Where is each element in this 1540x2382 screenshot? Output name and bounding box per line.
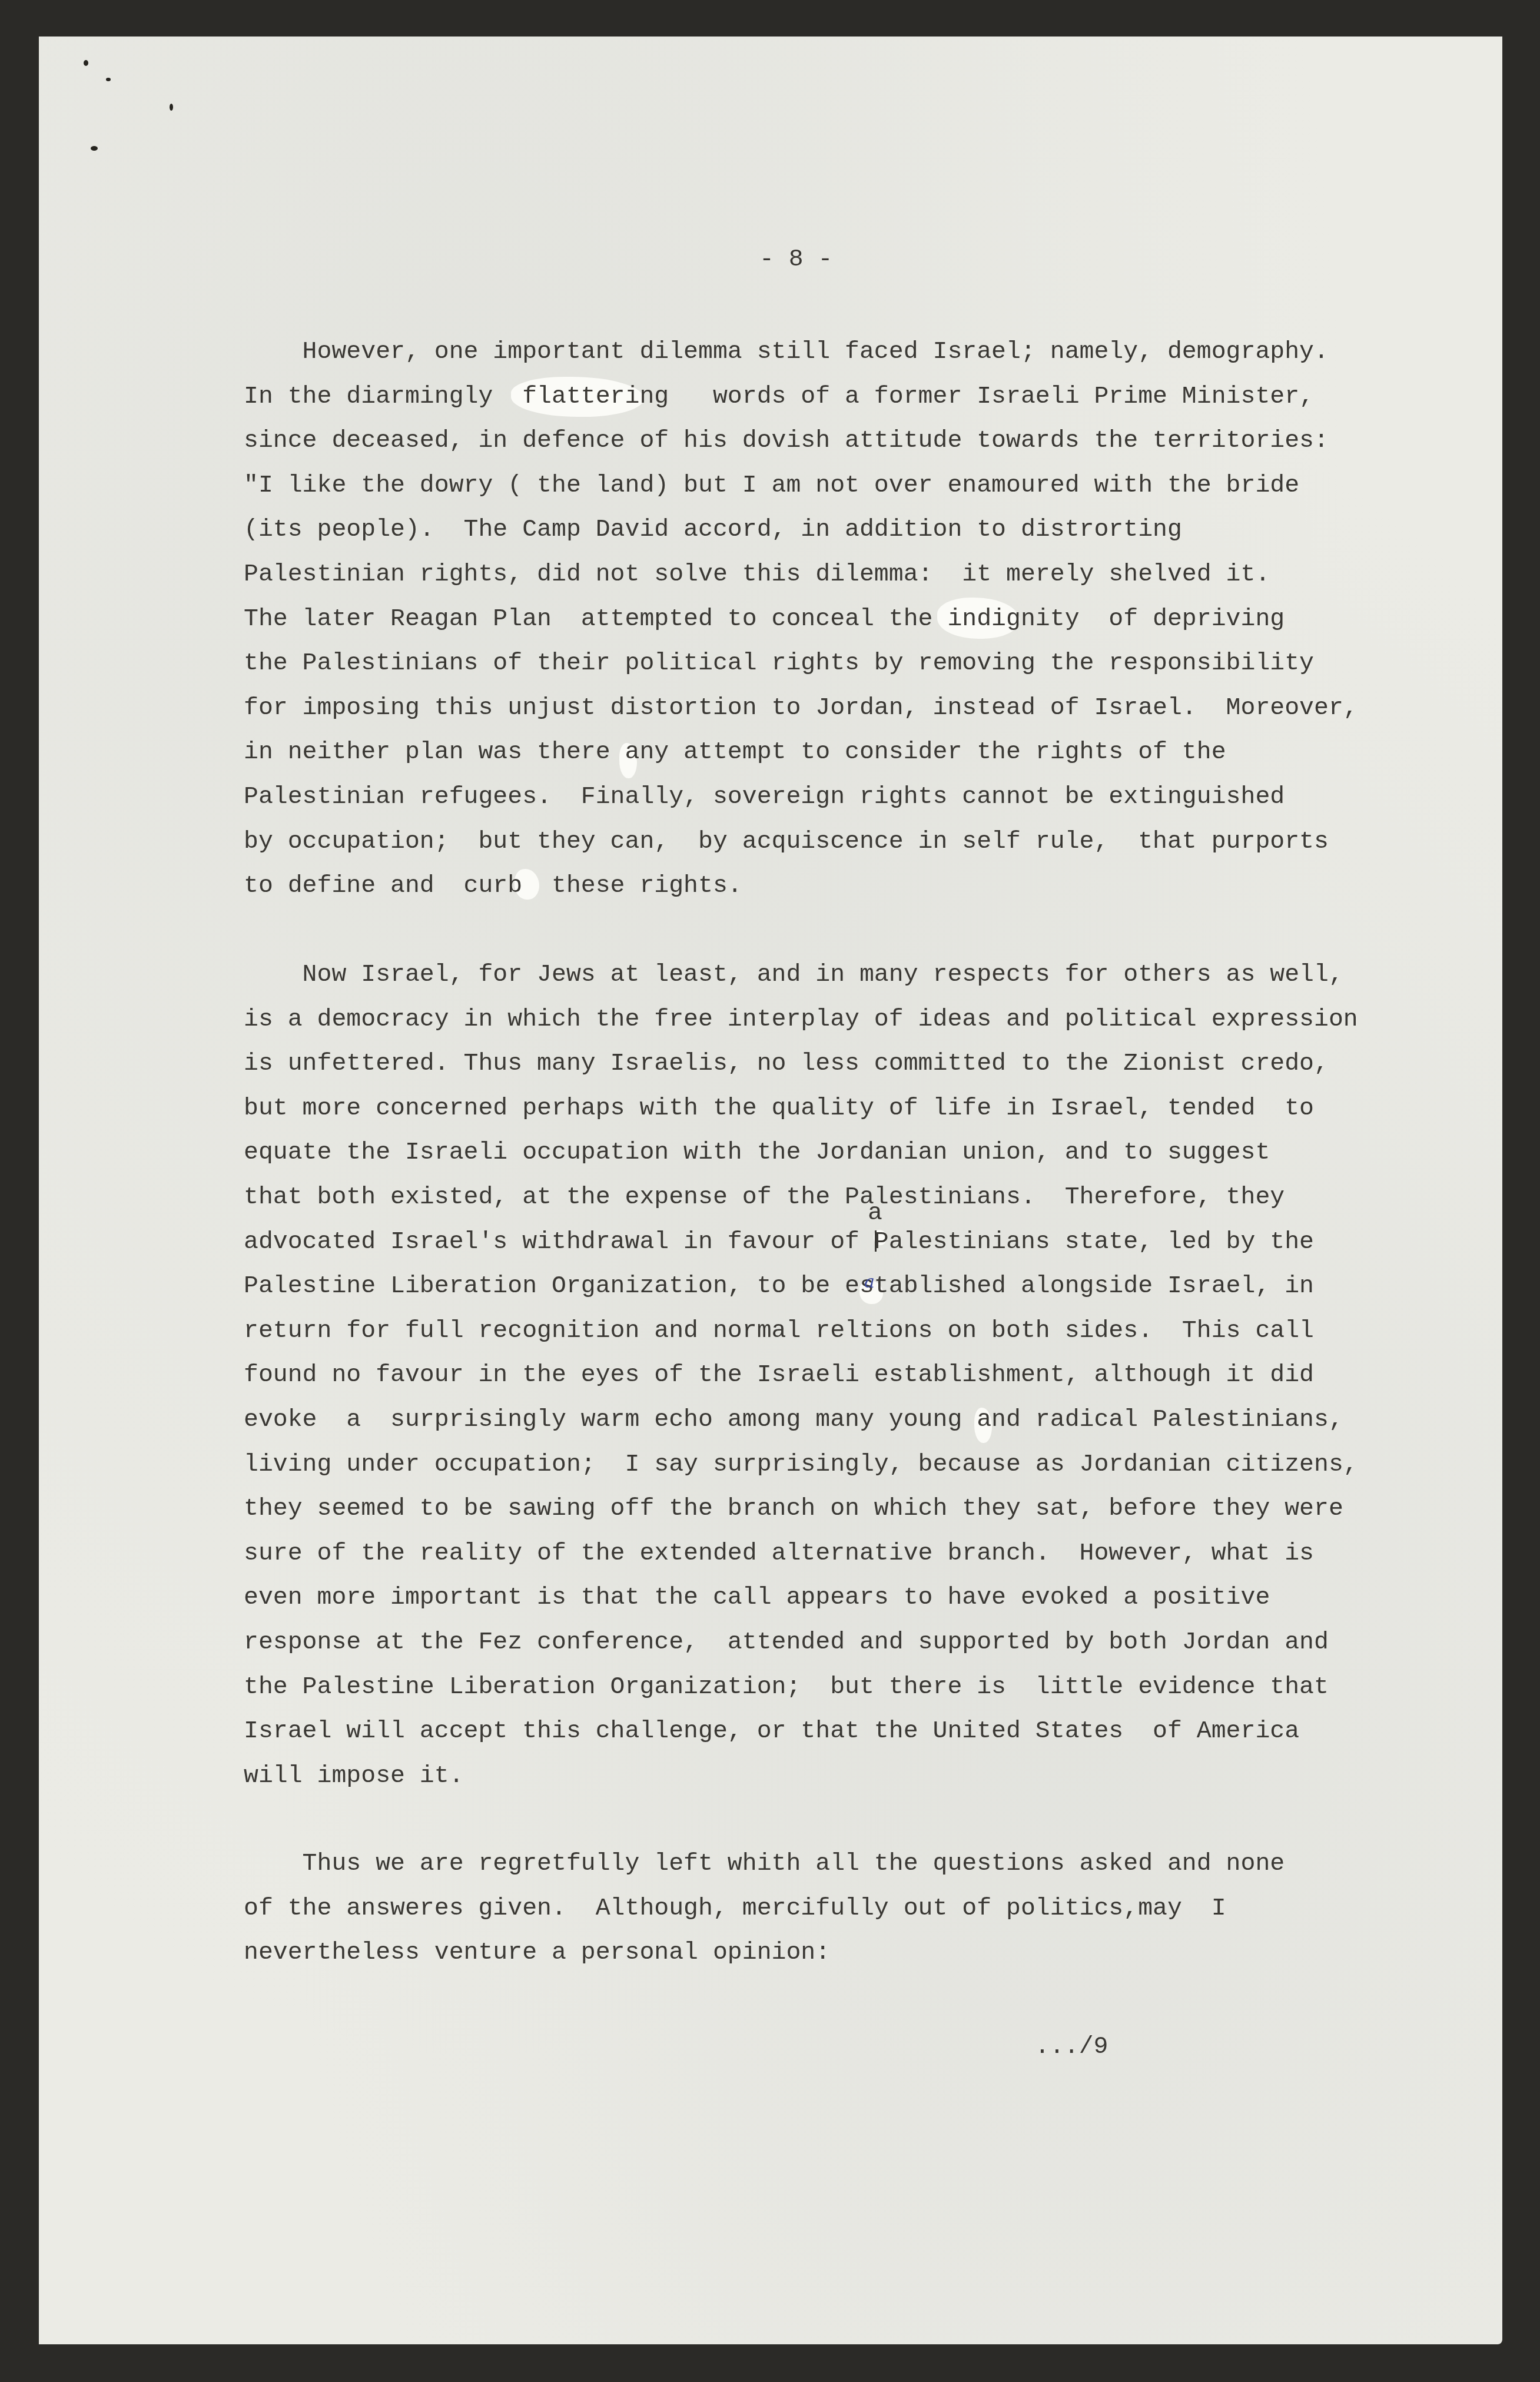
text-line: In the diarmingly flattering words of a …	[244, 384, 1314, 409]
text-line: Palestinian refugees. Finally, sovereign…	[244, 785, 1285, 810]
text-line: Thus we are regretfully left whith all t…	[244, 1852, 1285, 1876]
text-line: the Palestine Liberation Organization; b…	[244, 1675, 1329, 1700]
text-line: Palestinian rights, did not solve this d…	[244, 562, 1270, 587]
text-line: to define and curb these rights.	[244, 874, 742, 898]
text-line: for imposing this unjust distortion to J…	[244, 696, 1358, 721]
handwritten-insertion-a: a	[864, 1272, 875, 1292]
text-line: The later Reagan Plan attempted to conce…	[244, 607, 1285, 632]
text-line: is a democracy in which the free interpl…	[244, 1007, 1358, 1032]
typed-insertion-a: a	[868, 1201, 882, 1226]
text-line: living under occupation; I say surprisin…	[244, 1452, 1358, 1477]
text-line: response at the Fez conference, attended…	[244, 1630, 1329, 1655]
text-line: Palestine Liberation Organization, to be…	[244, 1274, 1314, 1299]
text-line: is unfettered. Thus many Israelis, no le…	[244, 1051, 1329, 1076]
text-line: that both existed, at the expense of the…	[244, 1185, 1285, 1210]
continuation-marker: .../9	[1035, 2035, 1108, 2059]
staple-hole	[106, 78, 111, 81]
text-line: will impose it.	[244, 1764, 464, 1789]
text-line: return for full recognition and normal r…	[244, 1319, 1314, 1343]
text-line: they seemed to be sawing off the branch …	[244, 1497, 1343, 1521]
page-number: - 8 -	[759, 247, 833, 272]
text-line: of the answeres given. Although, mercifu…	[244, 1896, 1226, 1921]
text-line: nevertheless venture a personal opinion:	[244, 1940, 830, 1965]
text-line: since deceased, in defence of his dovish…	[244, 429, 1329, 453]
insertion-caret	[875, 1230, 877, 1252]
staple-hole	[170, 104, 173, 111]
text-line: Now Israel, for Jews at least, and in ma…	[244, 963, 1343, 987]
text-line: the Palestinians of their political righ…	[244, 651, 1314, 676]
staple-hole	[84, 60, 88, 66]
staple-hole	[91, 146, 98, 151]
text-line: in neither plan was there any attempt to…	[244, 740, 1226, 765]
text-line: "I like the dowry ( the land) but I am n…	[244, 473, 1299, 498]
text-line: even more important is that the call app…	[244, 1585, 1270, 1610]
text-line: but more concerned perhaps with the qual…	[244, 1096, 1314, 1121]
text-line: sure of the reality of the extended alte…	[244, 1541, 1314, 1566]
text-line: found no favour in the eyes of the Israe…	[244, 1363, 1314, 1388]
text-line: evoke a surprisingly warm echo among man…	[244, 1408, 1343, 1432]
text-line: However, one important dilemma still fac…	[244, 340, 1329, 364]
text-line: equate the Israeli occupation with the J…	[244, 1140, 1270, 1165]
text-line: (its people). The Camp David accord, in …	[244, 517, 1182, 542]
text-line: advocated Israel's withdrawal in favour …	[244, 1230, 1314, 1255]
text-line: Israel will accept this challenge, or th…	[244, 1719, 1299, 1744]
text-line: by occupation; but they can, by acquisce…	[244, 830, 1329, 854]
